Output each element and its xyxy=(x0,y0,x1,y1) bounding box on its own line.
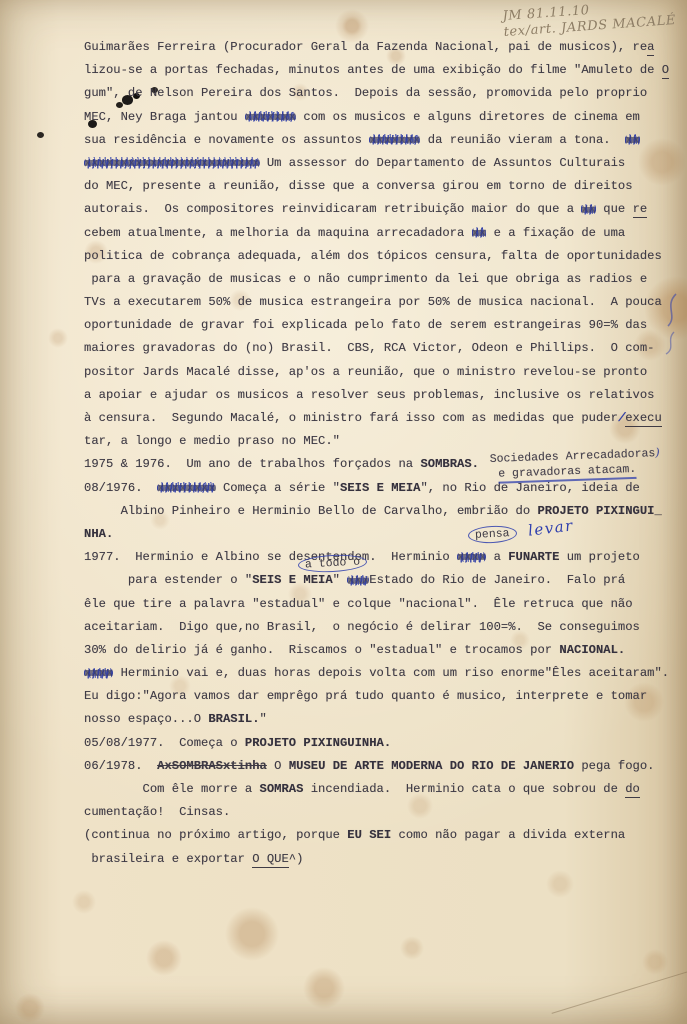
pen-swash: ) xyxy=(655,445,660,459)
typed-text-segment: autorais. Os compositores reinvidicaram … xyxy=(84,202,581,216)
typed-line: 06/1978. AxSOMBRASxtinha O MUSEU DE ARTE… xyxy=(84,755,684,778)
typed-text-segment: sua residência e novamente os assuntos xyxy=(84,133,369,147)
typed-text-segment: um projeto xyxy=(559,550,639,564)
typed-line: autorais. Os compositores reinvidicaram … xyxy=(84,198,684,221)
typed-text-segment: SOMBRAS. xyxy=(420,457,479,471)
typed-text-segment: FUNARTE xyxy=(508,550,559,564)
typed-text-segment: oportunidade de gravar foi explicada pel… xyxy=(84,318,647,332)
pen-scribble: xx xyxy=(581,202,596,216)
typed-text-segment: (continua no próximo artigo, porque xyxy=(84,828,347,842)
typed-text-segment: 05/08/1977. Começa o xyxy=(84,736,245,750)
typed-text-segment: lizou-se a portas fechadas, minutos ante… xyxy=(84,63,662,77)
typed-text-segment: SEIS E MEIA xyxy=(252,573,332,587)
typed-line: Eu digo:"Agora vamos dar emprêgo prá tud… xyxy=(84,685,684,708)
typed-text-segment: com os musicos e alguns diretores de cin… xyxy=(296,110,640,124)
pen-scribble: xxxx xyxy=(84,666,113,680)
typed-line: positor Jards Macalé disse, ap'os a reun… xyxy=(84,361,684,384)
typed-line: sua residência e novamente os assuntos x… xyxy=(84,129,684,152)
typed-text-segment: 08/1976. xyxy=(84,481,157,495)
typed-line: (continua no próximo artigo, porque EU S… xyxy=(84,824,684,847)
typed-text-segment: 1975 & 1976. Um ano de trabalhos forçado… xyxy=(84,457,420,471)
typed-text-segment: Eu digo:"Agora vamos dar emprêgo prá tud… xyxy=(84,689,647,703)
typed-text-segment: PROJETO PIXINGUINHA. xyxy=(245,736,391,750)
typed-line: para estender o "SEIS E MEIA" xxxEstado … xyxy=(84,569,684,592)
typed-line: a apoiar e ajudar os musicos a resolver … xyxy=(84,384,684,407)
typed-margin-insertion: Sociedades Arrecadadoras) e gravadoras a… xyxy=(489,445,660,484)
typed-line: nosso espaço...O BRASIL." xyxy=(84,708,684,731)
typed-text-segment: tar, a longo e medio praso no MEC." xyxy=(84,434,340,448)
typed-text-segment: " xyxy=(260,712,267,726)
typed-text-segment: e a fixação de uma xyxy=(486,226,625,240)
typed-text-segment: para a gravação de musicas e o não cumpr… xyxy=(84,272,647,286)
underlined-text: a xyxy=(647,40,654,56)
pen-scribble: xxxxxxxxxxxxxxxxxxxxxxxx xyxy=(84,156,260,170)
pen-scribble: xx xyxy=(625,133,640,147)
typed-line: êle que tire a palavra "estadual" e colq… xyxy=(84,593,684,616)
typed-text-segment: Estado do Rio de Janeiro. Falo prá xyxy=(369,573,625,587)
typed-text-segment: ", no Rio de Janeiro, ideia de xyxy=(420,481,639,495)
typed-line: aceitariam. Digo que,no Brasil, o negóci… xyxy=(84,616,684,639)
typed-line: 05/08/1977. Começa o PROJETO PIXINGUINHA… xyxy=(84,732,684,755)
typed-text-segment: Um assessor do Departamento de Assuntos … xyxy=(260,156,626,170)
typed-line: xxxx Herminio vai e, duas horas depois v… xyxy=(84,662,684,685)
pen-scribble: xxxxxxxx xyxy=(157,481,216,495)
typed-text-segment: SEIS E MEIA xyxy=(340,481,420,495)
typed-text-segment: NHA. xyxy=(84,527,113,541)
typed-line: Albino Pinheiro e Herminio Bello de Carv… xyxy=(84,500,684,523)
typed-text-segment: O xyxy=(267,759,289,773)
typed-text-segment: Guimarães Ferreira (Procurador Geral da … xyxy=(84,40,647,54)
typed-text-segment: MEC, Ney Braga jantou xyxy=(84,110,245,124)
typed-line: gum", de Nelson Pereira dos Santos. Depo… xyxy=(84,82,684,105)
typed-line: 30% do delirio já é ganho. Riscamos o "e… xyxy=(84,639,684,662)
typed-text-segment: politica de cobrança adequada, além dos … xyxy=(84,249,662,263)
typed-line: para a gravação de musicas e o não cumpr… xyxy=(84,268,684,291)
struck-text: AxSOMBRASxtinha xyxy=(157,759,267,773)
paper-crease xyxy=(552,963,687,1014)
typed-line: maiores gravadoras do (no) Brasil. CBS, … xyxy=(84,337,684,360)
typed-line: politica de cobrança adequada, além dos … xyxy=(84,245,684,268)
typed-text-segment: aceitariam. Digo que,no Brasil, o negóci… xyxy=(84,620,640,634)
typed-text-segment: para estender o " xyxy=(84,573,252,587)
typed-text-segment: PROJETO PIXINGUI_ xyxy=(537,504,661,518)
typed-text-segment: da reunião vieram a tona. xyxy=(420,133,625,147)
underlined-text: O xyxy=(662,63,669,79)
typed-text-segment: a apoiar e ajudar os musicos a resolver … xyxy=(84,388,654,402)
typed-text-segment: SOMRAS xyxy=(260,782,304,796)
typed-line: à censura. Segundo Macalé, o ministro fa… xyxy=(84,407,684,430)
typed-text-segment: EU SEI xyxy=(347,828,391,842)
typed-line: TVs a executarem 50% de musica estrangei… xyxy=(84,291,684,314)
typed-line: cebem atualmente, a melhoria da maquina … xyxy=(84,222,684,245)
typed-text-segment: à censura. Segundo Macalé, o ministro fa… xyxy=(84,411,618,425)
typed-line: do MEC, presente a reunião, disse que a … xyxy=(84,175,684,198)
typed-text-segment: maiores gravadoras do (no) Brasil. CBS, … xyxy=(84,341,654,355)
typed-line: MEC, Ney Braga jantou xxxxxxx com os mus… xyxy=(84,106,684,129)
typed-line: Com êle morre a SOMRAS incendiada. Hermi… xyxy=(84,778,684,801)
typed-text-segment: " xyxy=(333,573,348,587)
ink-specks xyxy=(0,0,5,4)
typed-text-segment: êle que tire a palavra "estadual" e colq… xyxy=(84,597,633,611)
typed-text-segment: como não pagar a divida externa xyxy=(391,828,625,842)
typed-text-segment: a xyxy=(486,550,508,564)
typed-text-segment: NACIONAL. xyxy=(559,643,625,657)
typed-text-segment: ^) xyxy=(289,852,304,866)
typed-text-segment: cebem atualmente, a melhoria da maquina … xyxy=(84,226,472,240)
underlined-text: do xyxy=(625,782,640,798)
pen-scribble: xxx xyxy=(347,573,369,587)
typed-text-segment: cumentação! Cinsas. xyxy=(84,805,230,819)
typed-text-segment: MUSEU DE ARTE MODERNA DO RIO DE JANERIO xyxy=(289,759,574,773)
typed-text-segment: BRASIL. xyxy=(208,712,259,726)
typed-text-segment: positor Jards Macalé disse, ap'os a reun… xyxy=(84,365,647,379)
typed-line: NHA. xyxy=(84,523,684,546)
typed-text-segment: Herminio vai e, duas horas depois volta … xyxy=(113,666,669,680)
typed-text-segment: nosso espaço...O xyxy=(84,712,208,726)
typed-line: lizou-se a portas fechadas, minutos ante… xyxy=(84,59,684,82)
pen-margin-mark xyxy=(656,292,682,356)
typed-text-segment: do MEC, presente a reunião, disse que a … xyxy=(84,179,633,193)
typed-text-segment: incendiada. Herminio cata o que sobrou d… xyxy=(303,782,625,796)
pen-scribble: xxxx xyxy=(457,550,486,564)
typed-text-segment: TVs a executarem 50% de musica estrangei… xyxy=(84,295,662,309)
typed-text-segment: 06/1978. xyxy=(84,759,157,773)
typed-text-segment: Começa a série " xyxy=(216,481,340,495)
underlined-text: execu xyxy=(625,411,662,427)
typed-text-segment: que xyxy=(596,202,633,216)
typed-text-segment: brasileira e exportar xyxy=(84,852,252,866)
typed-text-segment: Albino Pinheiro e Herminio Bello de Carv… xyxy=(84,504,537,518)
typed-text-segment: pega fogo. xyxy=(574,759,654,773)
typed-line: 1977. Herminio e Albino se desentendem. … xyxy=(84,546,684,569)
scanned-typewritten-page: JM 81.11.10 tex/art. JARDS MACALÉ Guimar… xyxy=(0,0,687,1024)
underlined-text: re xyxy=(633,202,648,218)
pen-scribble: xxxxxxx xyxy=(245,110,296,124)
typed-line: Guimarães Ferreira (Procurador Geral da … xyxy=(84,36,684,59)
typed-text-segment: gum", de Nelson Pereira dos Santos. Depo… xyxy=(84,86,647,100)
typed-text-segment: 30% do delirio já é ganho. Riscamos o "e… xyxy=(84,643,559,657)
typed-text-segment: 1977. Herminio e Albino se desentendem. … xyxy=(84,550,457,564)
typed-line: oportunidade de gravar foi explicada pel… xyxy=(84,314,684,337)
pen-scribble: xxxxxxx xyxy=(369,133,420,147)
typed-line: cumentação! Cinsas. xyxy=(84,801,684,824)
typed-line: xxxxxxxxxxxxxxxxxxxxxxxx Um assessor do … xyxy=(84,152,684,175)
typed-line: brasileira e exportar O QUE^) xyxy=(84,848,684,871)
pencil-annotation: JM 81.11.10 tex/art. JARDS MACALÉ xyxy=(502,0,677,41)
underlined-text: O QUE xyxy=(252,852,289,868)
pen-scribble: xx xyxy=(472,226,487,240)
typed-text-segment: Com êle morre a xyxy=(84,782,260,796)
